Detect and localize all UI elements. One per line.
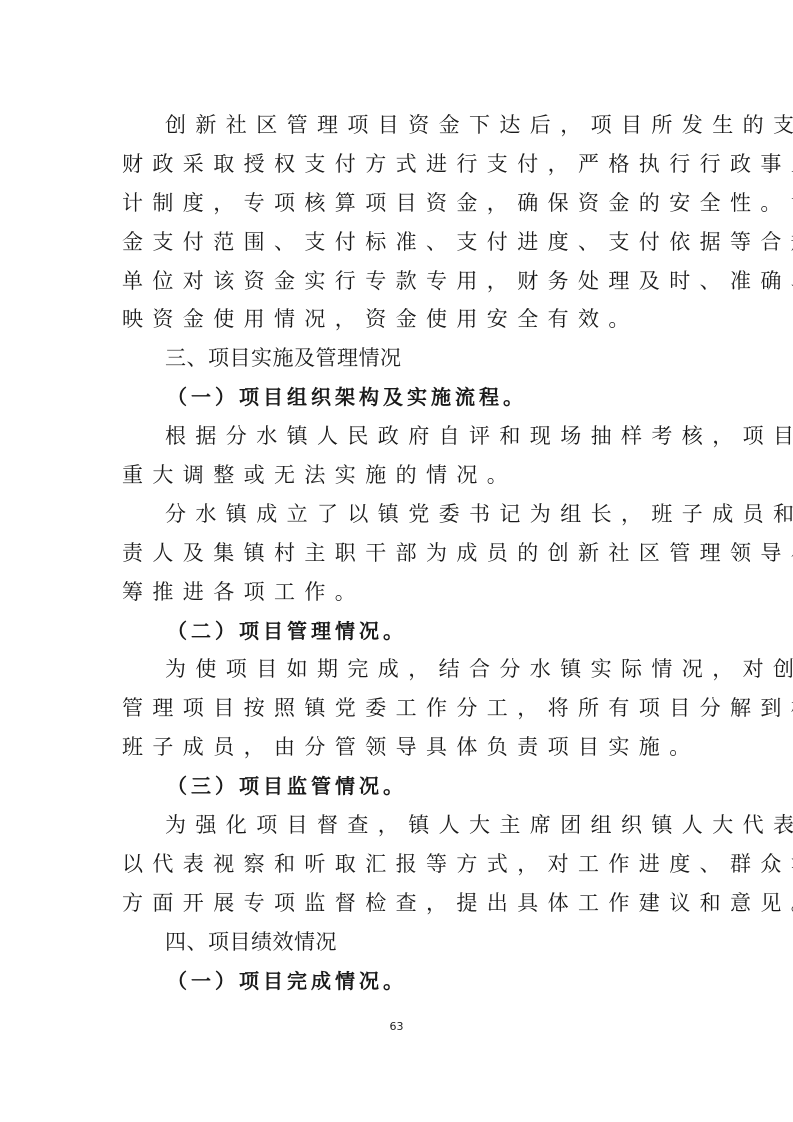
section-heading-performance: 四、项目绩效情况: [122, 923, 674, 962]
text-line: 重大调整或无法实施的情况。: [122, 456, 674, 495]
text-line: 方面开展专项监督检查，提出具体工作建议和意见。: [122, 884, 674, 923]
subheading-supervision: （三）项目监管情况。: [122, 767, 674, 806]
text-line: 分水镇成立了以镇党委书记为组长，班子成员和部门负: [122, 495, 674, 534]
page-content: 创新社区管理项目资金下达后，项目所发生的支出由镇 财政采取授权支付方式进行支付，…: [122, 106, 674, 1000]
paragraph-leadership-group: 分水镇成立了以镇党委书记为组长，班子成员和部门负 责人及集镇村主职干部为成员的创…: [122, 495, 674, 612]
text-line: 班子成员，由分管领导具体负责项目实施。: [122, 728, 674, 767]
text-line: 创新社区管理项目资金下达后，项目所发生的支出由镇: [122, 106, 674, 145]
text-line: 财政采取授权支付方式进行支付，严格执行行政事业单位会: [122, 145, 674, 184]
subheading-organization: （一）项目组织架构及实施流程。: [122, 378, 674, 417]
text-line: 以代表视察和听取汇报等方式，对工作进度、群众满意度等: [122, 845, 674, 884]
page-number: 63: [0, 1020, 793, 1033]
text-line: 单位对该资金实行专款专用，财务处理及时、准确、规范反: [122, 262, 674, 301]
text-line: 管理项目按照镇党委工作分工，将所有项目分解到相关党政: [122, 689, 674, 728]
subheading-management: （二）项目管理情况。: [122, 612, 674, 651]
paragraph-management: 为使项目如期完成，结合分水镇实际情况，对创新社区 管理项目按照镇党委工作分工，将…: [122, 650, 674, 767]
document-page: 创新社区管理项目资金下达后，项目所发生的支出由镇 财政采取授权支付方式进行支付，…: [0, 0, 793, 1122]
text-line: 责人及集镇村主职干部为成员的创新社区管理领导小组，统: [122, 534, 674, 573]
text-line: 根据分水镇人民政府自评和现场抽样考核，项目未出现: [122, 417, 674, 456]
paragraph-fund-management: 创新社区管理项目资金下达后，项目所发生的支出由镇 财政采取授权支付方式进行支付，…: [122, 106, 674, 339]
text-line: 计制度，专项核算项目资金，确保资金的安全性。该专项资: [122, 184, 674, 223]
text-line: 筹推进各项工作。: [122, 573, 674, 612]
text-line: 为强化项目督查，镇人大主席团组织镇人大代表，分别: [122, 806, 674, 845]
section-heading-implementation: 三、项目实施及管理情况: [122, 339, 674, 378]
subheading-completion: （一）项目完成情况。: [122, 962, 674, 1001]
paragraph-supervision: 为强化项目督查，镇人大主席团组织镇人大代表，分别 以代表视察和听取汇报等方式，对…: [122, 806, 674, 923]
text-line: 为使项目如期完成，结合分水镇实际情况，对创新社区: [122, 650, 674, 689]
paragraph-self-evaluation: 根据分水镇人民政府自评和现场抽样考核，项目未出现 重大调整或无法实施的情况。: [122, 417, 674, 495]
text-line: 金支付范围、支付标准、支付进度、支付依据等合规合法，: [122, 223, 674, 262]
text-line: 映资金使用情况，资金使用安全有效。: [122, 300, 674, 339]
